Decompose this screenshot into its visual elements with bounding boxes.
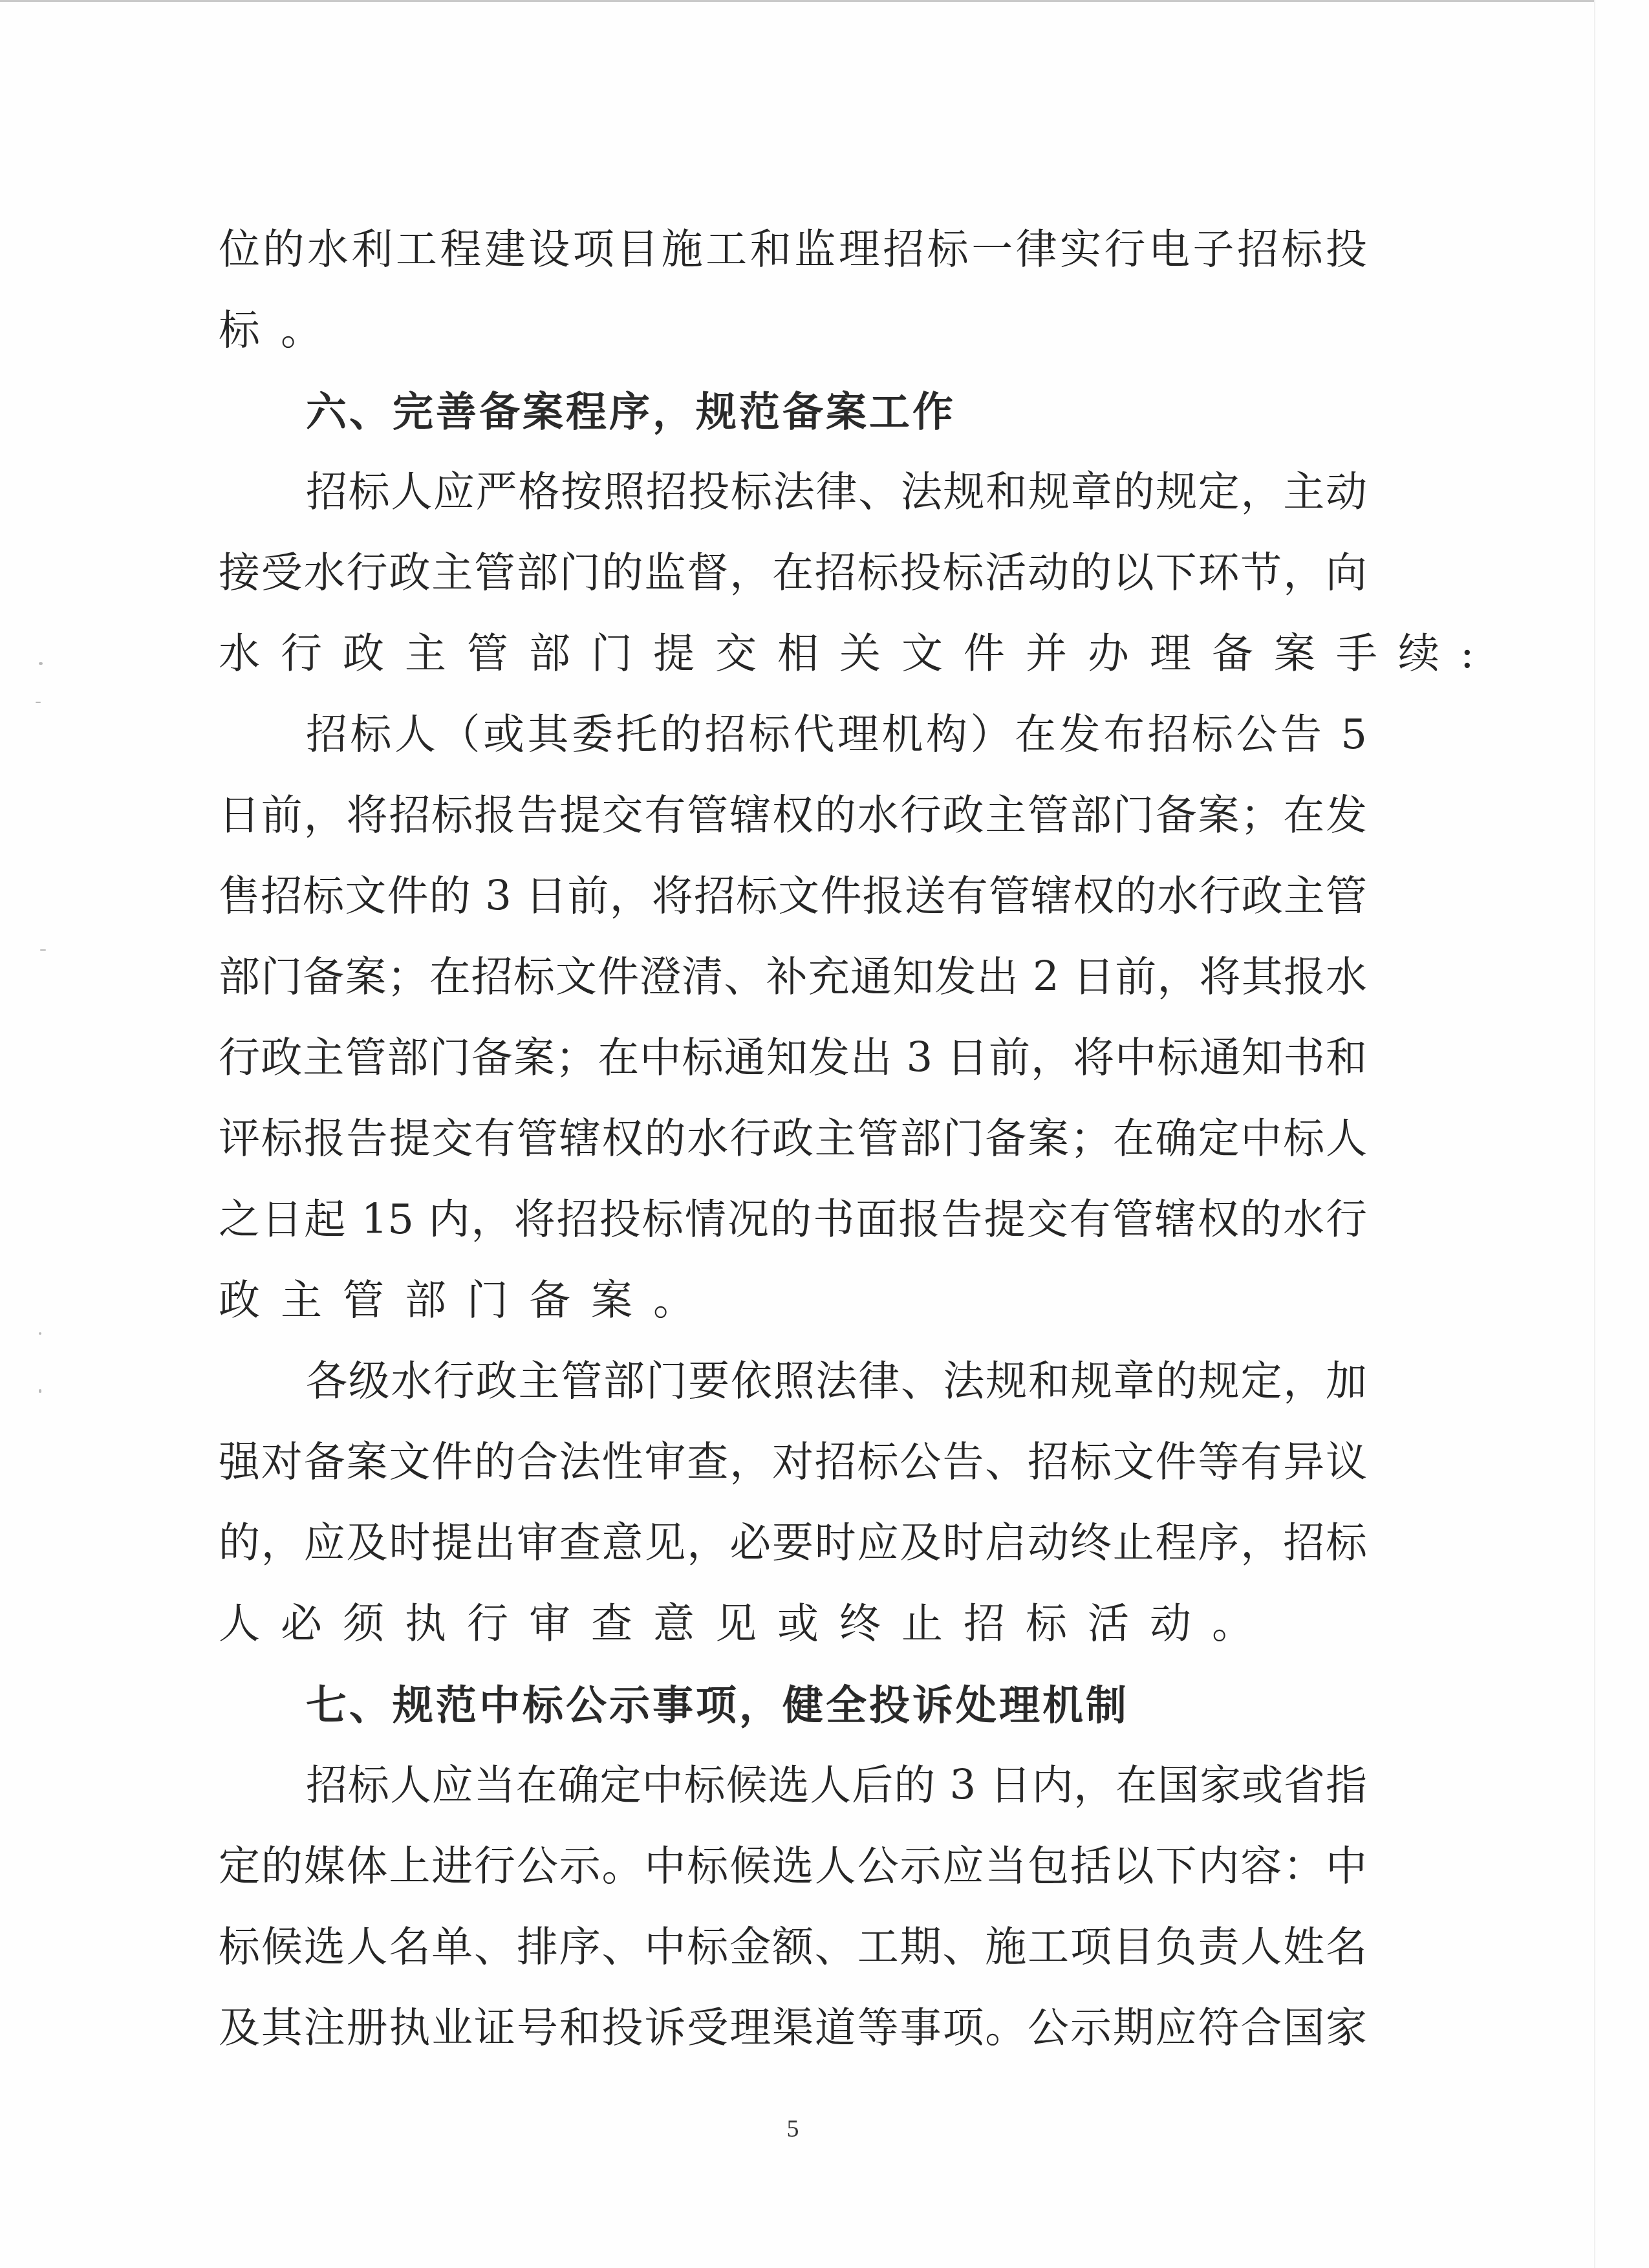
paragraph-start-line: 各级水行政主管部门要依照法律、法规和规章的规定，加 <box>219 1341 1367 1422</box>
body-line: 政主管部门备案。 <box>219 1260 1376 1341</box>
scan-right-edge <box>1594 0 1595 2268</box>
body-line: 之日起 15 内，将招投标情况的书面报告提交有管辖权的水行 <box>219 1180 1367 1260</box>
paragraph-start-line: 招标人应严格按照招投标法律、法规和规章的规定，主动 <box>219 452 1367 533</box>
paragraph-start-line: 招标人应当在确定中标候选人后的 3 日内，在国家或省指 <box>219 1745 1367 1826</box>
body-line: 部门备案；在招标文件澄清、补充通知发出 2 日前，将其报水 <box>219 937 1367 1018</box>
scan-speck <box>36 702 41 703</box>
body-line: 水行政主管部门提交相关文件并办理备案手续: <box>219 614 1376 695</box>
body-line: 及其注册执业证号和投诉受理渠道等事项。公示期应符合国家 <box>219 1988 1367 2069</box>
document-body: 位的水利工程建设项目施工和监理招标一律实行电子招标投 标。 六、完善备案程序，规… <box>219 210 1376 2069</box>
document-page: 位的水利工程建设项目施工和监理招标一律实行电子招标投 标。 六、完善备案程序，规… <box>0 0 1649 2268</box>
scan-top-edge <box>0 0 1594 2</box>
body-line: 日前，将招标报告提交有管辖权的水行政主管部门备案；在发 <box>219 775 1367 856</box>
paragraph-start-line: 招标人（或其委托的招标代理机构）在发布招标公告 5 <box>219 695 1367 775</box>
scan-speck <box>39 1389 41 1393</box>
body-line: 强对备案文件的合法性审查，对招标公告、招标文件等有异议 <box>219 1422 1367 1503</box>
page-number: 5 <box>785 2116 801 2142</box>
scan-speck <box>39 1332 41 1335</box>
section-heading-six: 六、完善备案程序，规范备案工作 <box>219 371 1376 452</box>
body-line: 定的媒体上进行公示。中标候选人公示应当包括以下内容：中 <box>219 1826 1367 1907</box>
scan-speck <box>40 949 46 951</box>
body-line: 行政主管部门备案；在中标通知发出 3 日前，将中标通知书和 <box>219 1018 1367 1099</box>
body-line: 位的水利工程建设项目施工和监理招标一律实行电子招标投 <box>219 210 1367 290</box>
body-line: 售招标文件的 3 日前，将招标文件报送有管辖权的水行政主管 <box>219 856 1367 937</box>
body-line: 接受水行政主管部门的监督，在招标投标活动的以下环节，向 <box>219 533 1367 614</box>
scan-speck <box>39 662 43 665</box>
body-line: 评标报告提交有管辖权的水行政主管部门备案；在确定中标人 <box>219 1099 1367 1180</box>
body-line: 的，应及时提出审查意见，必要时应及时启动终止程序，招标 <box>219 1503 1367 1584</box>
body-line: 标候选人名单、排序、中标金额、工期、施工项目负责人姓名 <box>219 1907 1367 1988</box>
body-line: 人必须执行审查意见或终止招标活动。 <box>219 1584 1376 1665</box>
section-heading-seven: 七、规范中标公示事项，健全投诉处理机制 <box>219 1665 1376 1745</box>
body-line: 标。 <box>219 290 1376 371</box>
